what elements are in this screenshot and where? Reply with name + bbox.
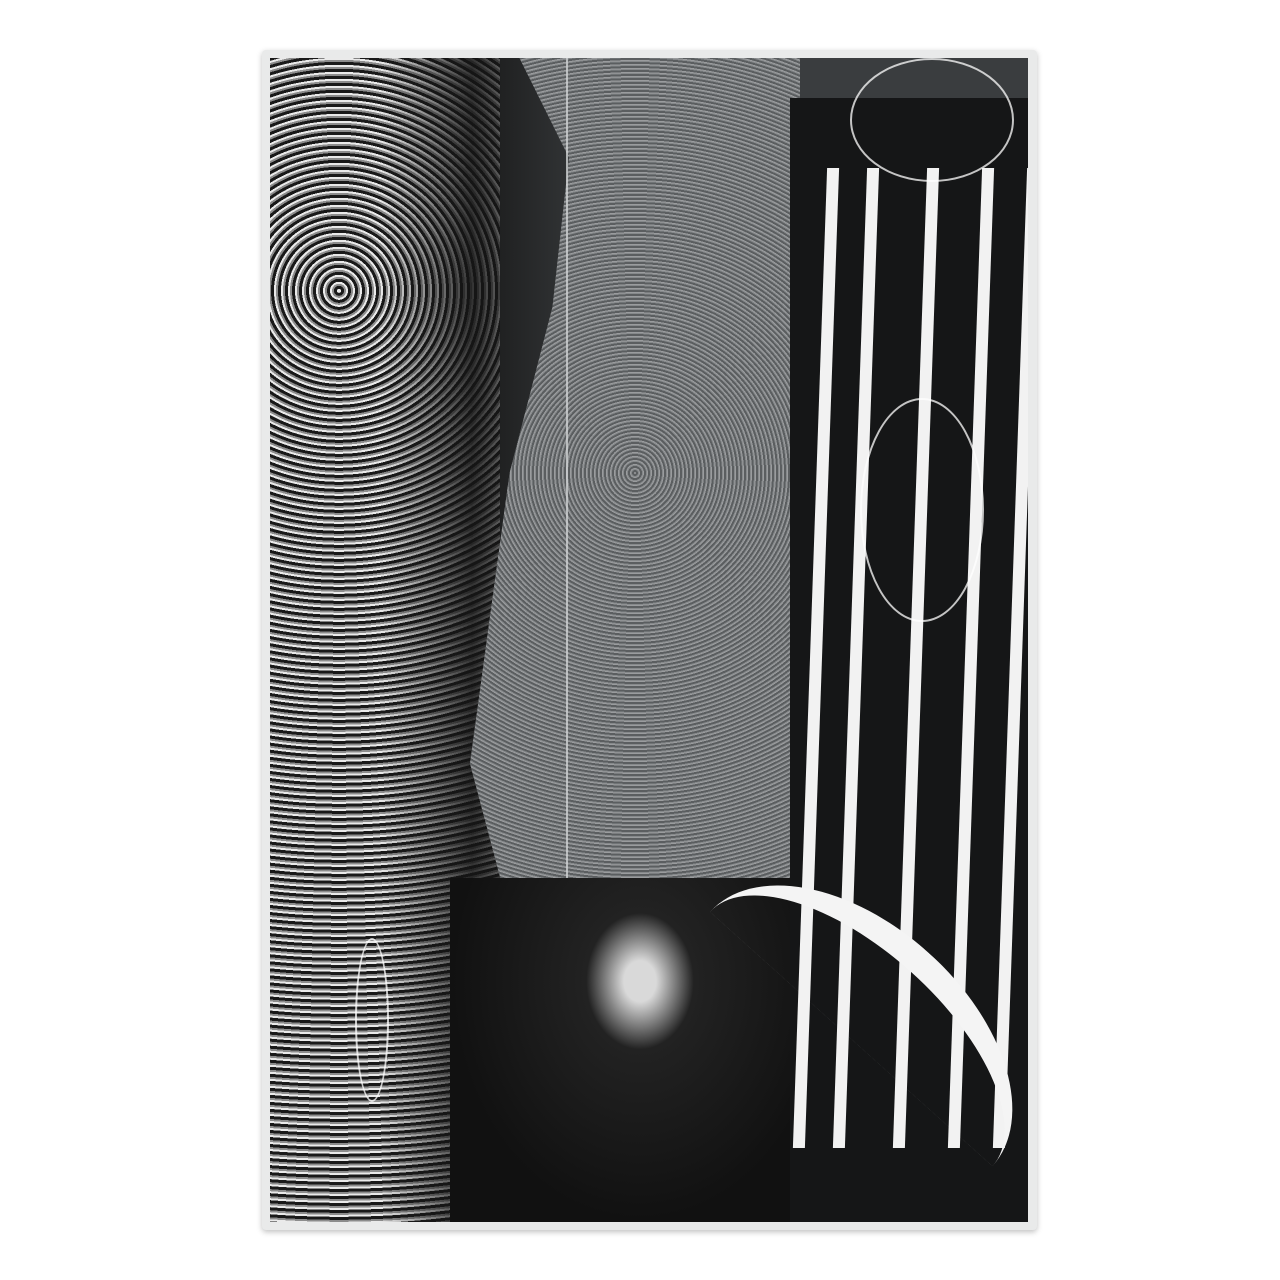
- plastic-glare: [355, 938, 389, 1102]
- column: [993, 168, 1028, 1148]
- plastic-glare: [850, 58, 1014, 182]
- plastic-glare: [860, 398, 984, 622]
- photo-print: [270, 58, 1028, 1222]
